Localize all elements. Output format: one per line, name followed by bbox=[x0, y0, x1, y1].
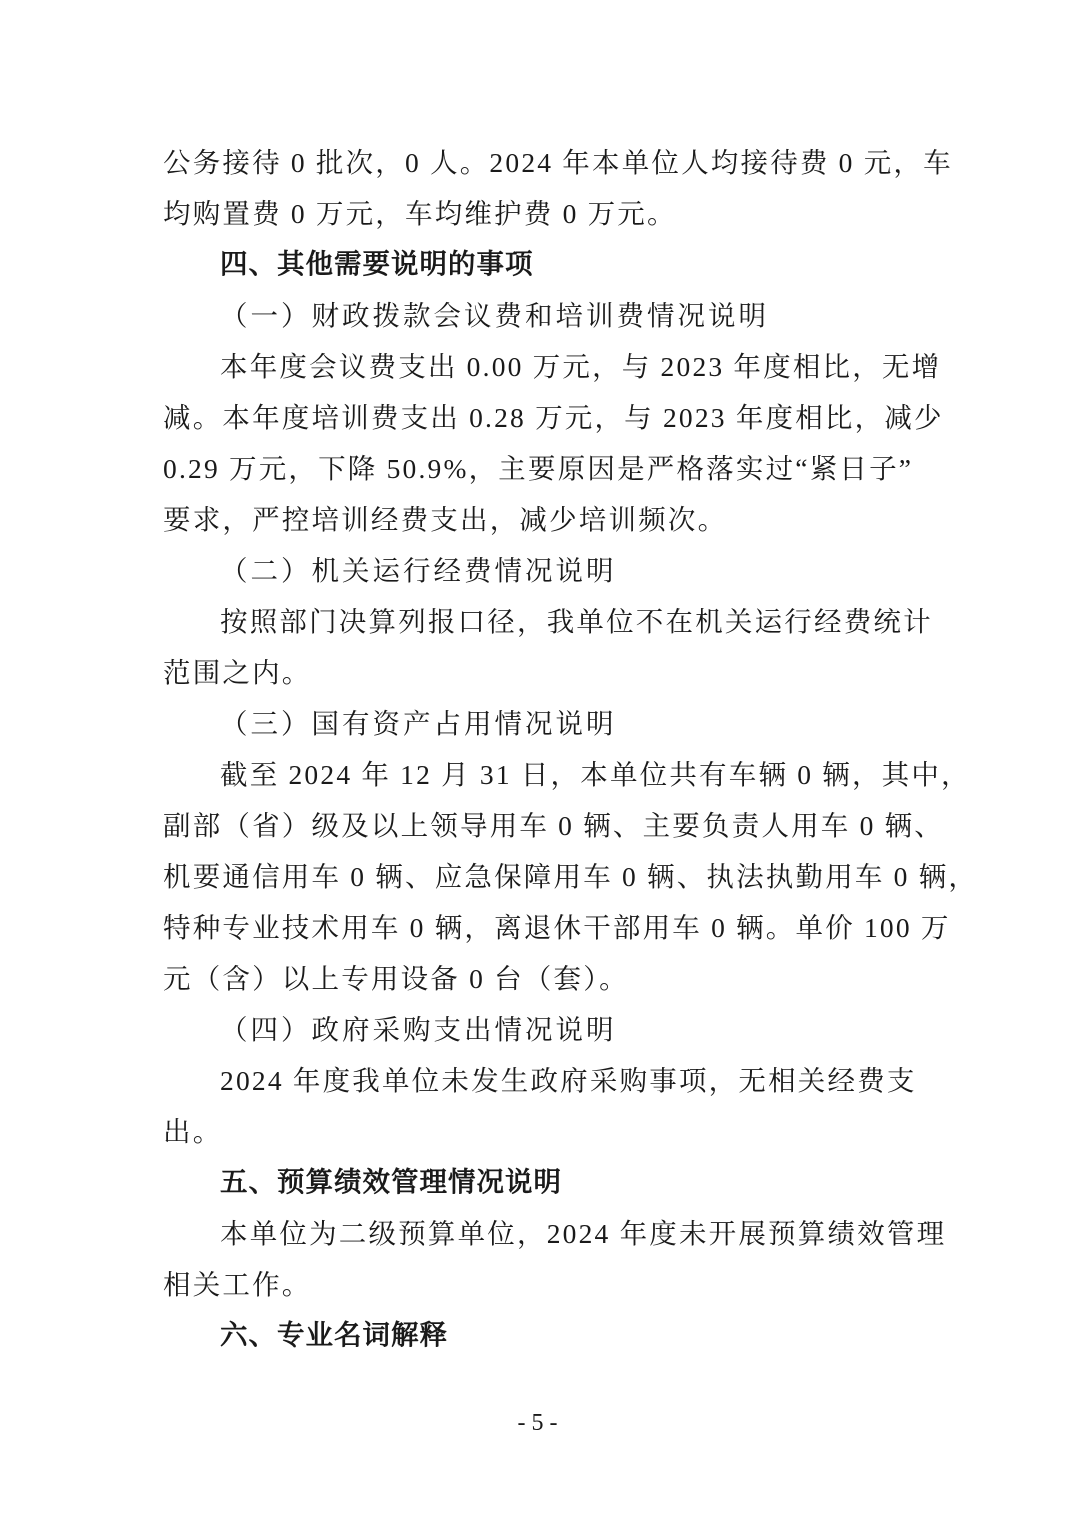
text-line: 减。本年度培训费支出 0.28 万元，与 2023 年度相比，减少 bbox=[163, 392, 913, 443]
paragraph-first-line: 本年度会议费支出 0.00 万元，与 2023 年度相比，无增 bbox=[163, 341, 913, 392]
subsection-heading-4: （四）政府采购支出情况说明 bbox=[163, 1004, 913, 1055]
paragraph-first-line: 按照部门决算列报口径，我单位不在机关运行经费统计 bbox=[163, 596, 913, 647]
section-heading-4: 四、其他需要说明的事项 bbox=[163, 239, 913, 290]
text-line: 0.29 万元，下降 50.9%，主要原因是严格落实过“紧日子” bbox=[163, 443, 913, 494]
section-heading-6: 六、专业名词解释 bbox=[163, 1310, 913, 1361]
paragraph-first-line: 2024 年度我单位未发生政府采购事项，无相关经费支 bbox=[163, 1055, 913, 1106]
text-line: 出。 bbox=[163, 1106, 913, 1157]
text-line: 范围之内。 bbox=[163, 647, 913, 698]
text-line: 副部（省）级及以上领导用车 0 辆、主要负责人用车 0 辆、 bbox=[163, 800, 913, 851]
text-line: 特种专业技术用车 0 辆，离退休干部用车 0 辆。单价 100 万 bbox=[163, 902, 913, 953]
text-line: 相关工作。 bbox=[163, 1259, 913, 1310]
text-line: 要求，严控培训经费支出，减少培训频次。 bbox=[163, 494, 913, 545]
page-number: - 5 - bbox=[0, 1410, 1075, 1437]
text-line: 元（含）以上专用设备 0 台（套）。 bbox=[163, 953, 913, 1004]
section-heading-5: 五、预算绩效管理情况说明 bbox=[163, 1157, 913, 1208]
subsection-heading-1: （一）财政拨款会议费和培训费情况说明 bbox=[163, 290, 913, 341]
text-line: 均购置费 0 万元，车均维护费 0 万元。 bbox=[163, 188, 913, 239]
subsection-heading-3: （三）国有资产占用情况说明 bbox=[163, 698, 913, 749]
paragraph-first-line: 截至 2024 年 12 月 31 日，本单位共有车辆 0 辆，其中， bbox=[163, 749, 913, 800]
document-page: 公务接待 0 批次，0 人。2024 年本单位人均接待费 0 元，车 均购置费 … bbox=[163, 137, 913, 1361]
subsection-heading-2: （二）机关运行经费情况说明 bbox=[163, 545, 913, 596]
text-line: 机要通信用车 0 辆、应急保障用车 0 辆、执法执勤用车 0 辆， bbox=[163, 851, 913, 902]
text-line: 公务接待 0 批次，0 人。2024 年本单位人均接待费 0 元，车 bbox=[163, 137, 913, 188]
paragraph-first-line: 本单位为二级预算单位，2024 年度未开展预算绩效管理 bbox=[163, 1208, 913, 1259]
